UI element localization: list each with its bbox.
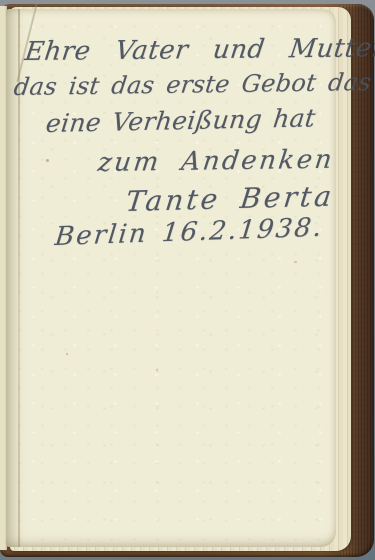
inscription-verse-line-3: eine Verheißung hat [44, 103, 317, 138]
foxing-spot [294, 261, 297, 263]
inscription-signature: Tante Berta [124, 180, 336, 218]
foxing-spot [46, 159, 49, 162]
book-page: Ehre Vater und Mutter das ist das erste … [6, 9, 336, 547]
inscription-verse-line-2: das ist das erste Gebot das [12, 68, 373, 101]
foxing-spot [156, 369, 158, 371]
book-photo: Ehre Vater und Mutter das ist das erste … [0, 0, 375, 560]
foxing-spot [66, 353, 68, 355]
inscription-dedication-line: zum Andenken [96, 145, 336, 178]
inscription-verse-line-1: Ehre Vater und Mutter [23, 33, 375, 67]
inscription-place-date: Berlin 16.2.1938. [53, 213, 324, 252]
